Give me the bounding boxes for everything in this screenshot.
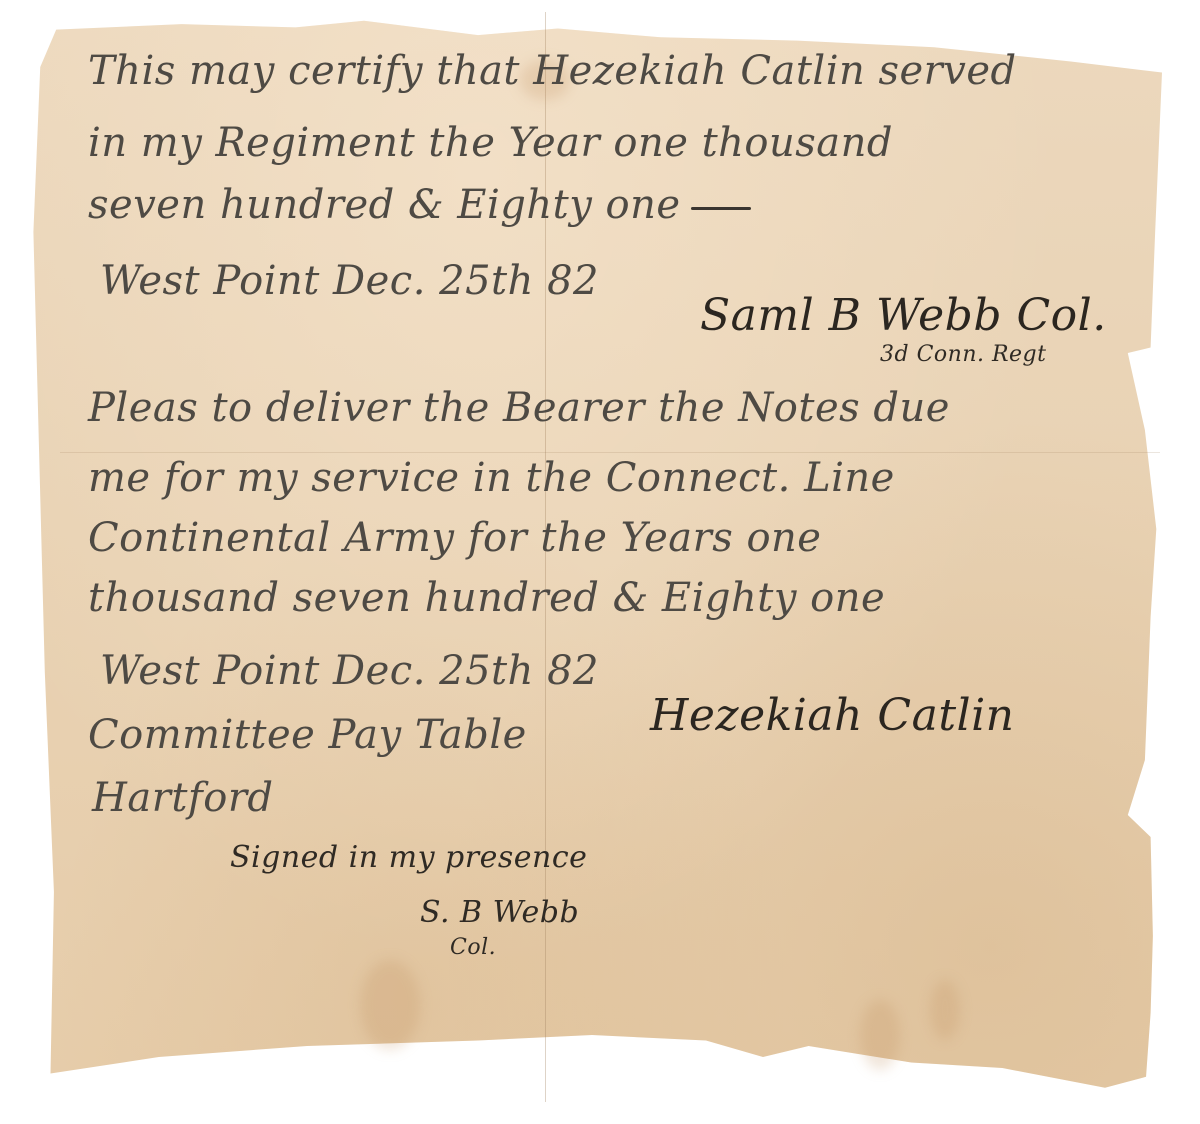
witness-label: Signed in my presence	[230, 840, 587, 875]
document-canvas: This may certify that Hezekiah Catlin se…	[0, 0, 1200, 1124]
certificate-place-date: West Point Dec. 25th 82	[100, 258, 599, 304]
order-signature: Hezekiah Catlin	[650, 690, 1014, 741]
manuscript-paper	[22, 12, 1162, 1112]
certificate-line-3-text: seven hundred & Eighty one	[88, 182, 681, 228]
certificate-line-2: in my Regiment the Year one thousand	[88, 120, 893, 166]
order-line-3: Continental Army for the Years one	[88, 515, 821, 561]
paper-stain	[860, 1000, 900, 1070]
order-addressee-line-2: Hartford	[92, 775, 274, 821]
certificate-signature: Saml B Webb Col.	[700, 290, 1107, 341]
line-end-dash	[691, 207, 751, 210]
certificate-line-3: seven hundred & Eighty one	[88, 182, 751, 228]
order-line-2: me for my service in the Connect. Line	[88, 455, 895, 501]
order-line-4: thousand seven hundred & Eighty one	[88, 575, 885, 621]
paper-stain	[360, 960, 420, 1050]
certificate-line-1: This may certify that Hezekiah Catlin se…	[88, 48, 1017, 94]
paper-stain	[930, 980, 960, 1040]
witness-signature-suffix: Col.	[450, 935, 496, 960]
witness-signature: S. B Webb	[420, 895, 579, 930]
order-line-1: Pleas to deliver the Bearer the Notes du…	[88, 385, 950, 431]
order-addressee-line-1: Committee Pay Table	[88, 712, 527, 758]
certificate-signature-title: 3d Conn. Regt	[880, 342, 1046, 367]
fold-crease-horizontal	[60, 452, 1160, 453]
order-place-date: West Point Dec. 25th 82	[100, 648, 599, 694]
